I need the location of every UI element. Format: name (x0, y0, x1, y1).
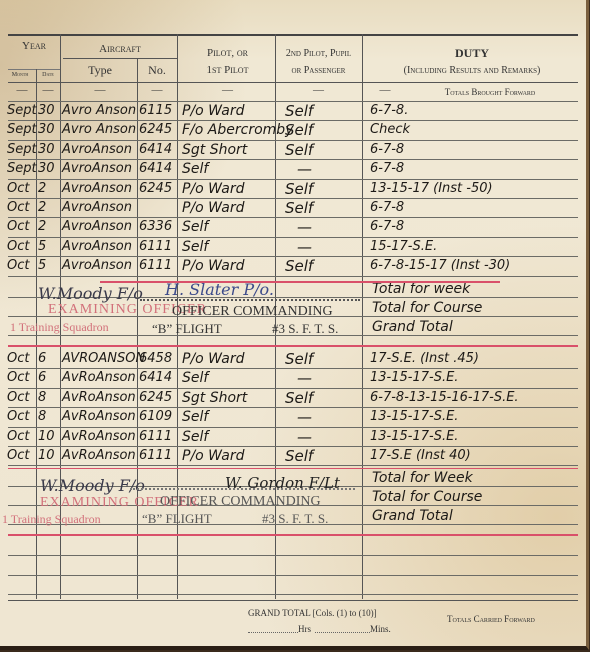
cell-second: — (297, 238, 312, 256)
dash: — (36, 84, 60, 97)
cell-date: 30 (38, 102, 55, 120)
grand-total-label: GRAND TOTAL [Cols. (1) to (10)] (248, 608, 377, 618)
cell-type: AvroAnson (62, 180, 132, 198)
cell-type: AvRoAnson (62, 428, 136, 446)
cell-pilot: Self (182, 160, 208, 178)
cell-second: — (297, 160, 312, 178)
b-flight-stamp: “B” FLIGHT (152, 321, 222, 337)
training-squadron-stamp: 1 Training Squadron (10, 320, 109, 335)
dash: — (137, 84, 177, 97)
cell-pilot: P/o Ward (182, 180, 244, 198)
cell-month: Sept (7, 160, 37, 178)
total-label: Grand Total (372, 507, 453, 525)
cell-pilot: P/o Ward (182, 102, 244, 120)
cell-month: Sept (7, 121, 37, 139)
signature-dots (140, 299, 360, 301)
cell-second: Self (285, 121, 313, 139)
cell-no: 6111 (139, 257, 172, 275)
header-aircraft: Aircraft (63, 43, 177, 56)
cell-month: Oct (7, 238, 29, 256)
total-label: Total for Course (372, 488, 482, 506)
total-label: Total for Course (372, 299, 482, 317)
totals-carried-forward: Totals Carried Forward (447, 614, 535, 624)
cell-no: 6245 (139, 180, 172, 198)
cell-month: Oct (7, 218, 29, 236)
row-rule (8, 465, 578, 466)
cell-pilot: Sgt Short (182, 141, 247, 159)
officer-commanding-stamp: OFFICER COMMANDING (160, 494, 321, 510)
signature-dots (130, 488, 355, 490)
mins-field (315, 632, 370, 633)
total-label: Total for Week (372, 469, 473, 487)
cell-no: 6115 (139, 102, 172, 120)
red-rule (8, 534, 578, 536)
logbook-page: Year Month Date Aircraft Type No. Pilot,… (0, 0, 589, 650)
header-date: Date (36, 71, 60, 79)
header-second-pilot: 2nd Pilot, Pupil (276, 47, 361, 60)
cell-date: 6 (38, 369, 46, 387)
cell-date: 6 (38, 350, 46, 368)
dash: — (63, 84, 137, 97)
cell-no: 6111 (139, 238, 172, 256)
cell-month: Oct (7, 350, 29, 368)
cell-no: 6245 (139, 389, 172, 407)
cell-date: 5 (38, 257, 46, 275)
cell-pilot: Self (182, 218, 208, 236)
cell-no: 6245 (139, 121, 172, 139)
header-second-pilot-2: or Passenger (276, 64, 361, 77)
header-bottom-rule (8, 82, 578, 83)
total-label: Grand Total (372, 318, 453, 336)
cell-month: Sept (7, 141, 37, 159)
header-month: Month (4, 71, 36, 79)
cell-pilot: F/o Abercromby (182, 121, 293, 139)
cell-month: Oct (7, 389, 29, 407)
cell-second: Self (285, 447, 313, 465)
cell-second: Self (285, 199, 313, 217)
cell-duty: 6-7-8-15-17 (Inst -30) (370, 257, 510, 275)
cell-type: AvroAnson (62, 199, 132, 217)
cell-duty: 6-7-8 (370, 160, 404, 178)
cell-type: AvroAnson (62, 218, 132, 236)
header-top-rule (8, 34, 578, 36)
cell-type: AVROANSON (62, 350, 145, 368)
cell-no: 6458 (139, 350, 172, 368)
cell-type: AvroAnson (62, 257, 132, 275)
mins-label: Mins. (370, 624, 391, 634)
cell-type: AvroAnson (62, 141, 132, 159)
cell-pilot: Self (182, 428, 208, 446)
cell-pilot: P/o Ward (182, 199, 244, 217)
cell-month: Oct (7, 408, 29, 426)
cell-second: Self (285, 180, 313, 198)
cell-pilot: P/o Ward (182, 350, 244, 368)
officer-commanding-stamp: OFFICER COMMANDING (172, 304, 333, 320)
cell-no: 6111 (139, 447, 172, 465)
cell-duty: 17-S.E (Inst 40) (370, 447, 471, 465)
cell-no: 6336 (139, 218, 172, 236)
header-no: No. (137, 64, 177, 77)
header-pilot: Pilot, or (180, 47, 275, 60)
examiner-signature: W.Moody F/o (40, 476, 145, 495)
cell-no: 6111 (139, 428, 172, 446)
cell-second: — (297, 218, 312, 236)
cell-second: Self (285, 350, 313, 368)
dash: — (370, 84, 400, 97)
cell-type: Avro Anson (62, 121, 136, 139)
cell-type: AvroAnson (62, 160, 132, 178)
cell-duty: 17-S.E. (Inst .45) (370, 350, 479, 368)
cell-second: Self (285, 257, 313, 275)
cell-pilot: Self (182, 408, 208, 426)
training-squadron-stamp: 1 Training Squadron (2, 512, 101, 527)
commanding-signature: H. Slater P/o. (165, 280, 274, 299)
dash: — (8, 84, 36, 97)
cell-date: 5 (38, 238, 46, 256)
sfts-stamp: #3 S. F. T. S. (262, 511, 328, 527)
red-rule (8, 345, 578, 347)
cell-pilot: P/o Ward (182, 257, 244, 275)
cell-second: Self (285, 141, 313, 159)
header-type: Type (63, 64, 137, 77)
row-rule (8, 575, 578, 576)
cell-type: AvRoAnson (62, 369, 136, 387)
cell-type: AvRoAnson (62, 389, 136, 407)
cell-duty: Check (370, 121, 410, 139)
cell-date: 10 (38, 428, 55, 446)
cell-date: 2 (38, 180, 46, 198)
cell-second: — (297, 428, 312, 446)
hrs-label: Hrs (298, 624, 311, 634)
cell-second: Self (285, 102, 313, 120)
cell-month: Oct (7, 447, 29, 465)
cell-duty: 6-7-8-13-15-16-17-S.E. (370, 389, 519, 407)
cell-pilot: Self (182, 238, 208, 256)
cell-no: 6109 (139, 408, 172, 426)
header-duty: DUTY (363, 47, 581, 60)
aircraft-subrule (63, 58, 177, 59)
cell-date: 30 (38, 160, 55, 178)
cell-duty: 13-15-17-S.E. (370, 408, 458, 426)
cell-duty: 6-7-8. (370, 102, 408, 120)
cell-type: AvRoAnson (62, 408, 136, 426)
cell-no: 6414 (139, 160, 172, 178)
cell-pilot: Sgt Short (182, 389, 247, 407)
cell-date: 30 (38, 141, 55, 159)
cell-type: Avro Anson (62, 102, 136, 120)
cell-month: Sept (7, 102, 37, 120)
header-pilot-2: 1st Pilot (180, 64, 275, 77)
cell-duty: 13-15-17 (Inst -50) (370, 180, 493, 198)
cell-type: AvRoAnson (62, 447, 136, 465)
table-bottom-rule (8, 600, 578, 601)
header-year: Year (8, 40, 60, 53)
red-rule (100, 281, 500, 283)
cell-second: Self (285, 389, 313, 407)
totals-brought-forward: Totals Brought Forward (405, 86, 575, 99)
cell-duty: 15-17-S.E. (370, 238, 437, 256)
cell-month: Oct (7, 369, 29, 387)
cell-pilot: P/o Ward (182, 447, 244, 465)
cell-duty: 13-15-17-S.E. (370, 369, 458, 387)
cell-no: 6414 (139, 369, 172, 387)
cell-second: — (297, 369, 312, 387)
cell-duty: 13-15-17-S.E. (370, 428, 458, 446)
cell-month: Oct (7, 428, 29, 446)
cell-duty: 6-7-8 (370, 141, 404, 159)
examiner-signature: W.Moody F/o (38, 284, 143, 303)
cell-date: 2 (38, 218, 46, 236)
cell-duty: 6-7-8 (370, 218, 404, 236)
cell-second: — (297, 408, 312, 426)
dash: — (180, 84, 275, 97)
sfts-stamp: #3 S. F. T. S. (272, 321, 338, 337)
cell-no: 6414 (139, 141, 172, 159)
cell-date: 10 (38, 447, 55, 465)
row-rule (8, 594, 578, 595)
header-duty-sub: (Including Results and Remarks) (363, 64, 581, 77)
cell-date: 8 (38, 408, 46, 426)
cell-date: 2 (38, 199, 46, 217)
b-flight-stamp: “B” FLIGHT (142, 511, 212, 527)
cell-duty: 6-7-8 (370, 199, 404, 217)
cell-pilot: Self (182, 369, 208, 387)
row-rule (8, 276, 578, 277)
red-rule (8, 468, 578, 469)
cell-date: 30 (38, 121, 55, 139)
cell-month: Oct (7, 180, 29, 198)
row-rule (8, 555, 578, 556)
cell-month: Oct (7, 257, 29, 275)
cell-type: AvroAnson (62, 238, 132, 256)
cell-date: 8 (38, 389, 46, 407)
hrs-field (248, 632, 298, 633)
year-subrule (8, 69, 60, 70)
cell-month: Oct (7, 199, 29, 217)
dash: — (276, 84, 361, 97)
